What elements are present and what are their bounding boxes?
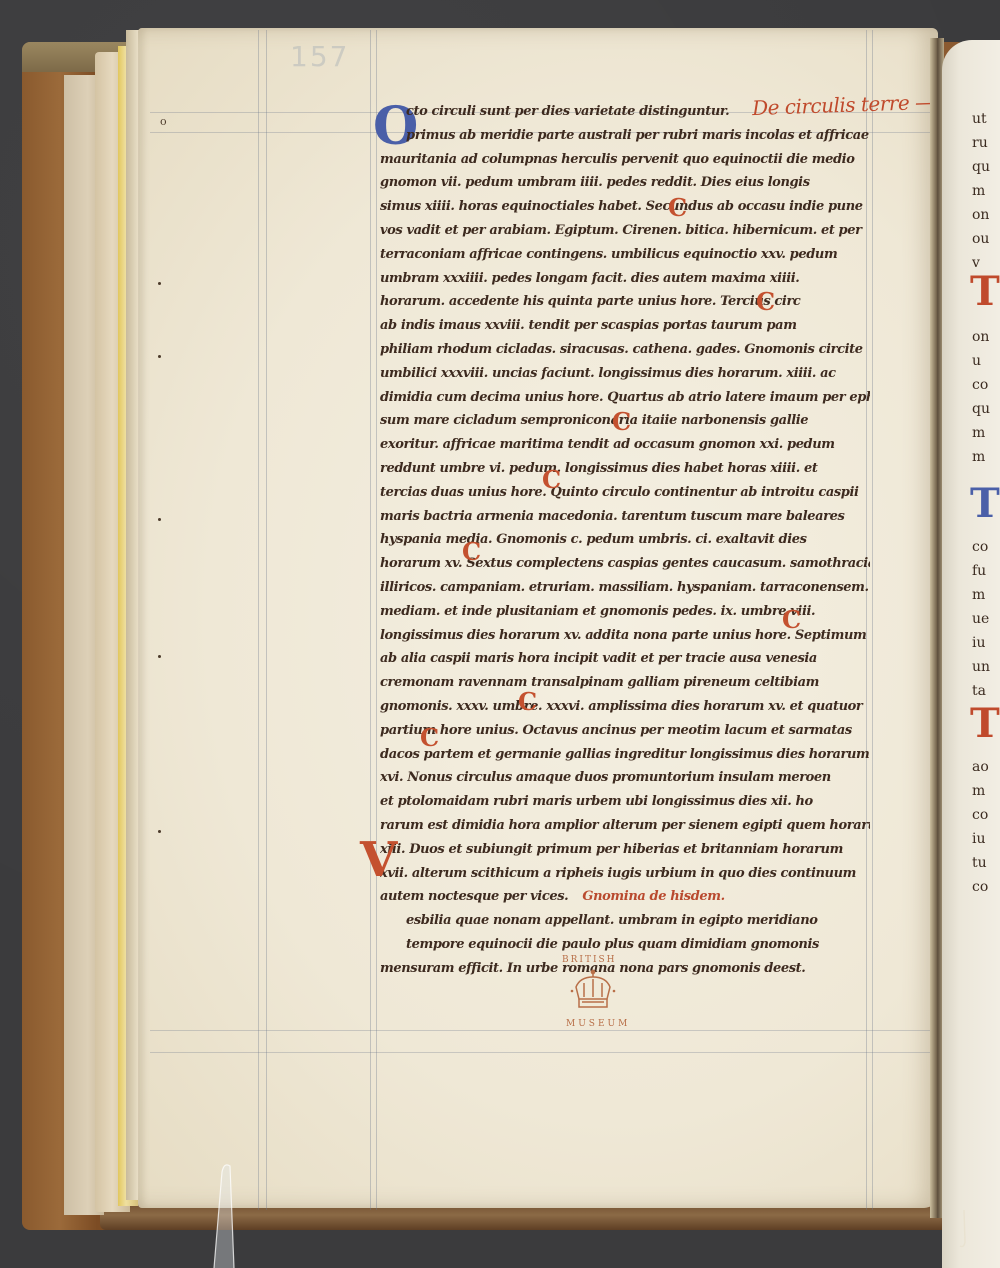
text-line: horarum. accedente his quinta parte uniu… <box>380 290 870 314</box>
facing-text-fragment: ru <box>972 136 988 150</box>
facing-text-fragment: iu <box>972 636 986 650</box>
stamp-bottom-text: MUSEUM <box>566 1019 630 1029</box>
facing-text-fragment: co <box>972 880 988 894</box>
ruling-line <box>376 30 377 1210</box>
facing-text-fragment: co <box>972 540 988 554</box>
ruling-line <box>370 30 371 1210</box>
text-line: primus ab meridie parte australi per rub… <box>380 124 870 148</box>
facing-text-fragment: qu <box>972 402 990 416</box>
british-museum-stamp: BRITISH MUSEUM <box>548 955 638 1035</box>
text-line: maris bactria armenia macedonia. tarentu… <box>380 505 870 529</box>
facing-text-fragment: ao <box>972 760 989 774</box>
pricking-mark <box>158 830 161 833</box>
stamp-top-text: BRITISH <box>562 955 617 965</box>
facing-text-fragment: qu <box>972 160 990 174</box>
facing-text-fragment: fu <box>972 564 986 578</box>
text-line: ab alia caspii maris hora incipit vadit … <box>380 647 870 671</box>
text-line: dimidia cum decima unius hore. Quartus a… <box>380 386 870 410</box>
text-line: vos vadit et per arabiam. Egiptum. Ciren… <box>380 219 870 243</box>
facing-text-fragment: m <box>972 426 985 440</box>
facing-text-fragment: ta <box>972 684 986 698</box>
rubricated-capital: C <box>668 196 687 220</box>
facing-text-fragment: un <box>972 660 990 674</box>
rubricated-capital: C <box>420 726 439 750</box>
text-line: xvi. Nonus circulus amaque duos promunto… <box>380 766 870 790</box>
pricking-mark <box>158 282 161 285</box>
facing-text-fragment: m <box>972 450 985 464</box>
facing-text-fragment: on <box>972 208 989 222</box>
pricking-mark <box>158 518 161 521</box>
rubricated-capital: C <box>542 468 561 492</box>
text-line: simus xiiii. horas equinoctiales habet. … <box>380 195 870 219</box>
ruling-line <box>150 1052 930 1053</box>
rubricated-capital: C <box>612 410 631 434</box>
facing-initial: T <box>970 480 1000 527</box>
facing-text-fragment: tu <box>972 856 987 870</box>
rubricated-capital: C <box>518 690 537 714</box>
facing-text-fragment: ou <box>972 232 989 246</box>
text-line: horarum xv. Sextus complectens caspias g… <box>380 552 870 576</box>
text-line: tercias duas unius hore. Quinto circulo … <box>380 481 870 505</box>
ruling-line <box>266 30 267 1210</box>
text-line: gnomonis. xxxv. umbre. xxxvi. amplissima… <box>380 695 870 719</box>
text-line: gnomon vii. pedum umbram iiii. pedes red… <box>380 171 870 195</box>
pricking-mark <box>158 655 161 658</box>
facing-text-fragment: m <box>972 784 985 798</box>
facing-text-fragment: on <box>972 330 989 344</box>
decorated-initial-v: V <box>360 836 397 884</box>
text-line: rarum est dimidia hora amplior alterum p… <box>380 814 870 838</box>
ruling-line <box>150 1030 930 1031</box>
text-line: ab indis imaus xxviii. tendit per scaspi… <box>380 314 870 338</box>
facing-initial: T <box>970 700 1000 747</box>
facing-text-fragment: m <box>972 588 985 602</box>
text-line: mauritania ad columpnas herculis perveni… <box>380 148 870 172</box>
facing-text-fragment: ut <box>972 112 987 126</box>
margin-mark: o <box>160 115 167 128</box>
rubric-heading: Gnomina de hisdem. <box>582 889 724 904</box>
page-clip <box>200 1160 240 1268</box>
text-line: illiricos. campaniam. etruriam. massilia… <box>380 576 870 600</box>
facing-text-fragment: u <box>972 354 981 368</box>
facing-text-fragment: m <box>972 184 985 198</box>
facing-text-fragment: iu <box>972 832 986 846</box>
loose-thread <box>958 1210 970 1250</box>
facing-text-fragment: ue <box>972 612 989 626</box>
text-line-content: autem noctesque per vices. <box>380 889 568 904</box>
text-line: et ptolomaidam rubri maris urbem ubi lon… <box>380 790 870 814</box>
text-line: reddunt umbre vi. pedum. longissimus die… <box>380 457 870 481</box>
facing-page: ut ru qu m on ou v T on u co qu m m T co… <box>942 40 1000 1268</box>
text-line: dacos partem et germanie gallias ingredi… <box>380 743 870 767</box>
ruling-line <box>258 30 259 1210</box>
text-line: partium hore unius. Octavus ancinus per … <box>380 719 870 743</box>
text-line: umbilici xxxviii. uncias faciunt. longis… <box>380 362 870 386</box>
text-line: tempore equinocii die paulo plus quam di… <box>380 933 870 957</box>
crown-icon <box>570 969 616 1015</box>
rubricated-capital: C <box>756 290 775 314</box>
facing-initial: T <box>970 268 1000 315</box>
text-line: autem noctesque per vices. Gnomina de hi… <box>380 885 870 909</box>
facing-text-fragment: co <box>972 378 988 392</box>
rubricated-capital: C <box>462 540 481 564</box>
text-line: cto circuli sunt per dies varietate dist… <box>380 100 870 124</box>
rubricated-capital: C <box>782 608 801 632</box>
text-line: terraconiam affricae contingens. umbilic… <box>380 243 870 267</box>
text-line: xvii. alterum scithicum a ripheis iugis … <box>380 862 870 886</box>
text-line: hyspania media. Gnomonis c. pedum umbris… <box>380 528 870 552</box>
text-line: exoritur. affricae maritima tendit ad oc… <box>380 433 870 457</box>
text-line: cremonam ravennam transalpinam galliam p… <box>380 671 870 695</box>
facing-text-fragment: co <box>972 808 988 822</box>
ruling-line <box>872 30 873 1210</box>
text-line: umbram xxxiiii. pedes longam facit. dies… <box>380 267 870 291</box>
main-text-column: cto circuli sunt per dies varietate dist… <box>380 100 870 980</box>
text-line: xiii. Duos et subiungit primum per hiber… <box>380 838 870 862</box>
faint-folio-number: 157 <box>290 40 349 73</box>
text-line: esbilia quae nonam appellant. umbram in … <box>380 909 870 933</box>
pricking-mark <box>158 355 161 358</box>
text-line: philiam rhodum cicladas. siracusas. cath… <box>380 338 870 362</box>
